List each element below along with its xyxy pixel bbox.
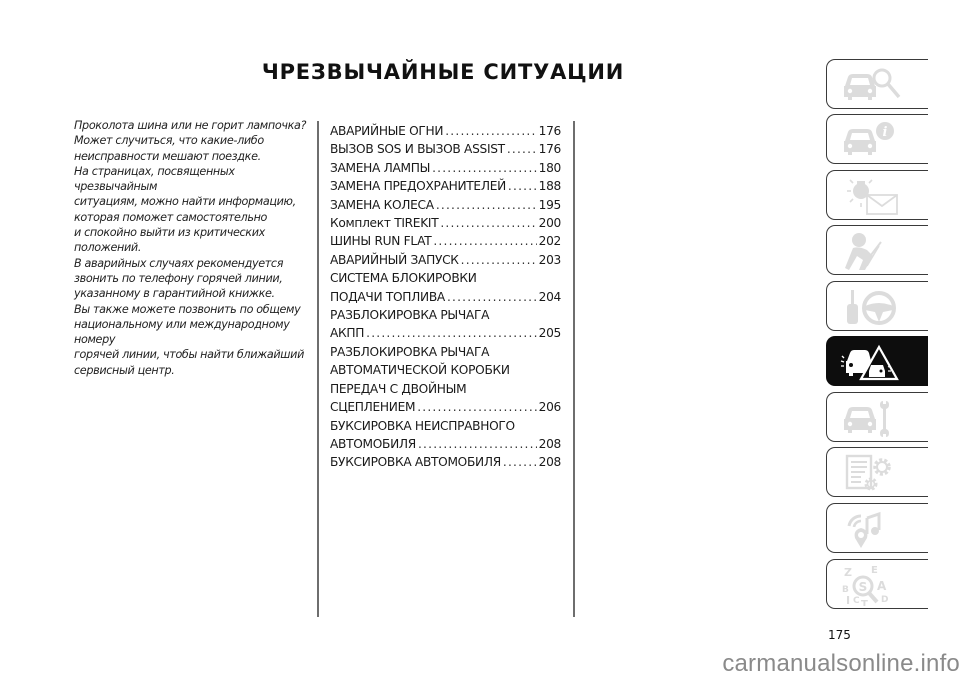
toc-entry-title-line: ПЕРЕДАЧ С ДВОЙНЫМ (330, 380, 561, 398)
section-tab[interactable] (826, 336, 928, 386)
section-tab[interactable] (826, 59, 928, 109)
toc-entry[interactable]: РАЗБЛОКИРОВКА РЫЧАГААВТОМАТИЧЕСКОЙ КОРОБ… (330, 343, 561, 417)
toc-entry-row[interactable]: АКПП205 (330, 324, 561, 342)
intro-paragraph: Вы также можете позвонить по общемунацио… (74, 302, 310, 378)
toc-entry-row[interactable]: ВЫЗОВ SOS И ВЫЗОВ ASSIST176 (330, 140, 561, 158)
section-tab[interactable] (826, 170, 928, 220)
intro-line: Может случиться, что какие-либо (74, 134, 264, 147)
toc-entry-row[interactable]: АВАРИЙНЫЕ ОГНИ176 (330, 122, 561, 140)
toc-leader-dots (433, 232, 536, 250)
toc-entry[interactable]: АВАРИЙНЫЙ ЗАПУСК203 (330, 251, 561, 269)
toc-entry[interactable]: Комплект TIREKIT200 (330, 214, 561, 232)
table-of-contents: АВАРИЙНЫЕ ОГНИ176ВЫЗОВ SOS И ВЫЗОВ ASSIS… (330, 122, 561, 472)
intro-paragraph: На страницах, посвященных чрезвычайнымси… (74, 164, 310, 256)
intro-line: Вы также можете позвонить по общему (74, 303, 300, 316)
section-tab[interactable] (826, 503, 928, 553)
toc-leader-dots (508, 177, 537, 195)
intro-text: Проколота шина или не горит лампочка?Мож… (74, 118, 310, 378)
toc-entry[interactable]: БУКСИРОВКА АВТОМОБИЛЯ208 (330, 453, 561, 471)
toc-page-number: 202 (539, 232, 561, 250)
intro-line: горячей линии, чтобы найти ближайший (74, 348, 304, 361)
svg-text:T: T (861, 599, 868, 606)
toc-page-number: 176 (539, 140, 561, 158)
toc-entry-row[interactable]: БУКСИРОВКА АВТОМОБИЛЯ208 (330, 453, 561, 471)
toc-page-number: 188 (539, 177, 561, 195)
toc-leader-dots (436, 196, 537, 214)
right-divider (573, 121, 575, 617)
toc-page-number: 200 (539, 214, 561, 232)
toc-leader-dots (440, 214, 536, 232)
intro-line: ситуациям, можно найти информацию, (74, 195, 296, 208)
section-tab[interactable] (826, 281, 928, 331)
toc-leader-dots (503, 453, 537, 471)
toc-entry[interactable]: СИСТЕМА БЛОКИРОВКИПОДАЧИ ТОПЛИВА204 (330, 269, 561, 306)
toc-entry[interactable]: ЗАМЕНА КОЛЕСА195 (330, 196, 561, 214)
toc-entry[interactable]: ЗАМЕНА ПРЕДОХРАНИТЕЛЕЙ188 (330, 177, 561, 195)
toc-page-number: 180 (539, 159, 561, 177)
toc-entry-title: ПОДАЧИ ТОПЛИВА (330, 288, 445, 306)
toc-entry-title: БУКСИРОВКА АВТОМОБИЛЯ (330, 453, 501, 471)
left-divider (317, 121, 319, 617)
svg-text:E: E (871, 565, 878, 576)
toc-entry[interactable]: РАЗБЛОКИРОВКА РЫЧАГААКПП205 (330, 306, 561, 343)
toc-entry-title: Комплект TIREKIT (330, 214, 438, 232)
watermark: carmanualsonline.info (560, 650, 960, 678)
toc-leader-dots (366, 324, 537, 342)
page-number: 175 (828, 628, 851, 642)
intro-paragraph: В аварийных случаях рекомендуетсязвонить… (74, 256, 310, 302)
intro-line: сервисный центр. (74, 364, 175, 377)
toc-page-number: 208 (539, 435, 561, 453)
toc-entry-row[interactable]: СЦЕПЛЕНИЕМ206 (330, 398, 561, 416)
intro-line: которая поможет самостоятельно (74, 211, 267, 224)
toc-leader-dots (461, 251, 537, 269)
toc-entry[interactable]: АВАРИЙНЫЕ ОГНИ176 (330, 122, 561, 140)
toc-entry-title: АВТОМОБИЛЯ (330, 435, 416, 453)
page-title: ЧРЕЗВЫЧАЙНЫЕ СИТУАЦИИ (0, 60, 886, 84)
toc-entry-title: ЗАМЕНА ЛАМПЫ (330, 159, 430, 177)
toc-page-number: 205 (539, 324, 561, 342)
intro-line: звонить по телефону горячей линии, (74, 272, 283, 285)
toc-entry-title: ШИНЫ RUN FLAT (330, 232, 431, 250)
toc-page-number: 195 (539, 196, 561, 214)
toc-leader-dots (445, 122, 536, 140)
toc-entry-row[interactable]: ЗАМЕНА ПРЕДОХРАНИТЕЛЕЙ188 (330, 177, 561, 195)
svg-text:Z: Z (844, 566, 852, 579)
intro-line: национальному или международному номеру (74, 318, 289, 346)
toc-entry[interactable]: ВЫЗОВ SOS И ВЫЗОВ ASSIST176 (330, 140, 561, 158)
toc-page-number: 176 (539, 122, 561, 140)
intro-line: и спокойно выйти из критических (74, 226, 265, 239)
toc-entry-row[interactable]: ШИНЫ RUN FLAT202 (330, 232, 561, 250)
toc-entry-title-line: АВТОМАТИЧЕСКОЙ КОРОБКИ (330, 361, 561, 379)
toc-entry-title-line: РАЗБЛОКИРОВКА РЫЧАГА (330, 306, 561, 324)
toc-entry-row[interactable]: ЗАМЕНА КОЛЕСА195 (330, 196, 561, 214)
svg-text:A: A (877, 579, 887, 593)
toc-entry[interactable]: БУКСИРОВКА НЕИСПРАВНОГОАВТОМОБИЛЯ208 (330, 417, 561, 454)
toc-page-number: 206 (539, 398, 561, 416)
intro-line: неисправности мешают поездке. (74, 150, 261, 163)
toc-entry-row[interactable]: Комплект TIREKIT200 (330, 214, 561, 232)
intro-paragraph: Проколота шина или не горит лампочка?Мож… (74, 118, 310, 164)
svg-text:D: D (881, 595, 888, 605)
intro-line: В аварийных случаях рекомендуется (74, 257, 283, 270)
toc-leader-dots (432, 159, 537, 177)
toc-entry-title: ВЫЗОВ SOS И ВЫЗОВ ASSIST (330, 140, 505, 158)
toc-page-number: 203 (539, 251, 561, 269)
toc-page-number: 208 (539, 453, 561, 471)
toc-entry-row[interactable]: ЗАМЕНА ЛАМПЫ180 (330, 159, 561, 177)
toc-entry-title-line: БУКСИРОВКА НЕИСПРАВНОГО (330, 417, 561, 435)
toc-entry-row[interactable]: АВТОМОБИЛЯ208 (330, 435, 561, 453)
toc-entry-title: АКПП (330, 324, 364, 342)
svg-text:S: S (859, 580, 868, 594)
svg-text:C: C (853, 596, 860, 606)
section-tab[interactable] (826, 225, 928, 275)
toc-leader-dots (447, 288, 537, 306)
toc-entry-title: ЗАМЕНА ПРЕДОХРАНИТЕЛЕЙ (330, 177, 506, 195)
toc-entry[interactable]: ЗАМЕНА ЛАМПЫ180 (330, 159, 561, 177)
intro-line: Проколота шина или не горит лампочка? (74, 119, 306, 132)
svg-text:i: i (883, 125, 888, 140)
section-tab[interactable] (826, 392, 928, 442)
toc-entry-title: АВАРИЙНЫЕ ОГНИ (330, 122, 443, 140)
toc-entry-title-line: РАЗБЛОКИРОВКА РЫЧАГА (330, 343, 561, 361)
toc-leader-dots (418, 435, 537, 453)
section-tab[interactable]: i (826, 114, 928, 164)
toc-entry-title: АВАРИЙНЫЙ ЗАПУСК (330, 251, 459, 269)
section-tab[interactable]: ZEBAICTDS (826, 559, 928, 609)
toc-entry-row[interactable]: АВАРИЙНЫЙ ЗАПУСК203 (330, 251, 561, 269)
svg-text:I: I (846, 594, 850, 606)
toc-entry-title-line: СИСТЕМА БЛОКИРОВКИ (330, 269, 561, 287)
toc-entry-title: СЦЕПЛЕНИЕМ (330, 398, 415, 416)
intro-line: На страницах, посвященных чрезвычайным (74, 165, 235, 193)
section-tab[interactable] (826, 447, 928, 497)
toc-entry-row[interactable]: ПОДАЧИ ТОПЛИВА204 (330, 288, 561, 306)
toc-entry[interactable]: ШИНЫ RUN FLAT202 (330, 232, 561, 250)
toc-leader-dots (417, 398, 536, 416)
intro-line: положений. (74, 241, 141, 254)
toc-page-number: 204 (539, 288, 561, 306)
intro-line: указанному в гарантийной книжке. (74, 287, 275, 300)
toc-leader-dots (507, 140, 537, 158)
toc-entry-title: ЗАМЕНА КОЛЕСА (330, 196, 434, 214)
